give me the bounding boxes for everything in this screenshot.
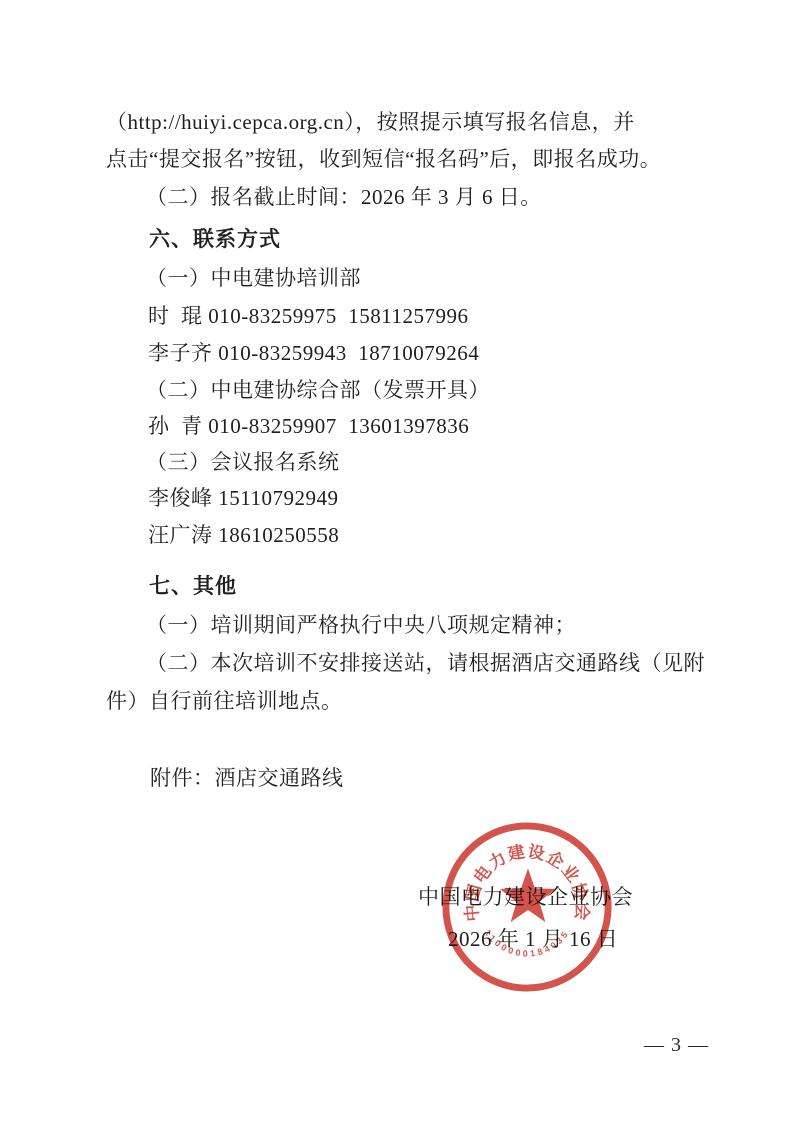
doc-line-dept-training: （一）中电建协培训部 bbox=[146, 268, 361, 289]
contact-shi-kun: 时 琨 010-83259975 15811257996 bbox=[148, 306, 468, 327]
section-heading-contact: 六、联系方式 bbox=[149, 229, 281, 250]
official-seal: 中国电力建设企业协会 1100000184035 bbox=[438, 818, 616, 996]
contact-li-ziqi: 李子齐 010-83259943 18710079264 bbox=[148, 343, 479, 364]
svg-text:1100000184035: 1100000184035 bbox=[483, 928, 572, 959]
doc-line-url: （http://huiyi.cepca.org.cn），按照提示填写报名信息，并 bbox=[106, 112, 635, 133]
seal-serial-number: 1100000184035 bbox=[483, 928, 572, 959]
doc-line-deadline: （二）报名截止时间：2026 年 3 月 6 日。 bbox=[146, 187, 542, 208]
document-page: （http://huiyi.cepca.org.cn），按照提示填写报名信息，并… bbox=[0, 0, 793, 1122]
doc-line-regulations: （一）培训期间严格执行中央八项规定精神； bbox=[146, 615, 576, 636]
page-number: — 3 — bbox=[644, 1034, 709, 1057]
seal-star-icon bbox=[500, 868, 556, 922]
doc-line-submit: 点击“提交报名”按钮，收到短信“报名码”后，即报名成功。 bbox=[106, 149, 661, 170]
doc-line-attachment: 附件：酒店交通路线 bbox=[150, 768, 344, 789]
doc-line-no-shuttle: （二）本次培训不安排接送站，请根据酒店交通路线（见附 bbox=[146, 653, 705, 674]
doc-line-dept-general: （二）中电建协综合部（发票开具） bbox=[146, 380, 490, 401]
contact-wang-guangtao: 汪广涛 18610250558 bbox=[148, 525, 339, 546]
doc-line-no-shuttle-cont: 件）自行前往培训地点。 bbox=[106, 691, 343, 712]
doc-line-registration-system: （三）会议报名系统 bbox=[146, 452, 340, 473]
section-heading-other: 七、其他 bbox=[149, 576, 237, 597]
contact-li-junfeng: 李俊峰 15110792949 bbox=[148, 488, 338, 509]
contact-sun-qing: 孙 青 010-83259907 13601397836 bbox=[148, 416, 469, 437]
